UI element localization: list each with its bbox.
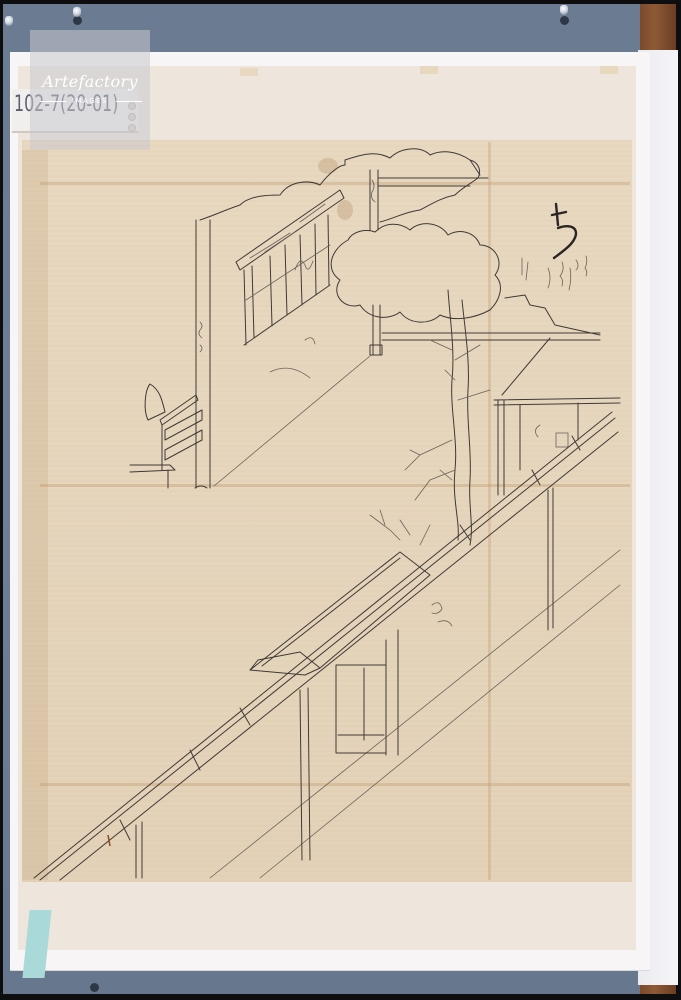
watermark-rule — [116, 101, 142, 102]
watermark-brand: Artefactory — [30, 72, 150, 91]
sketch-drawing — [0, 0, 681, 1000]
